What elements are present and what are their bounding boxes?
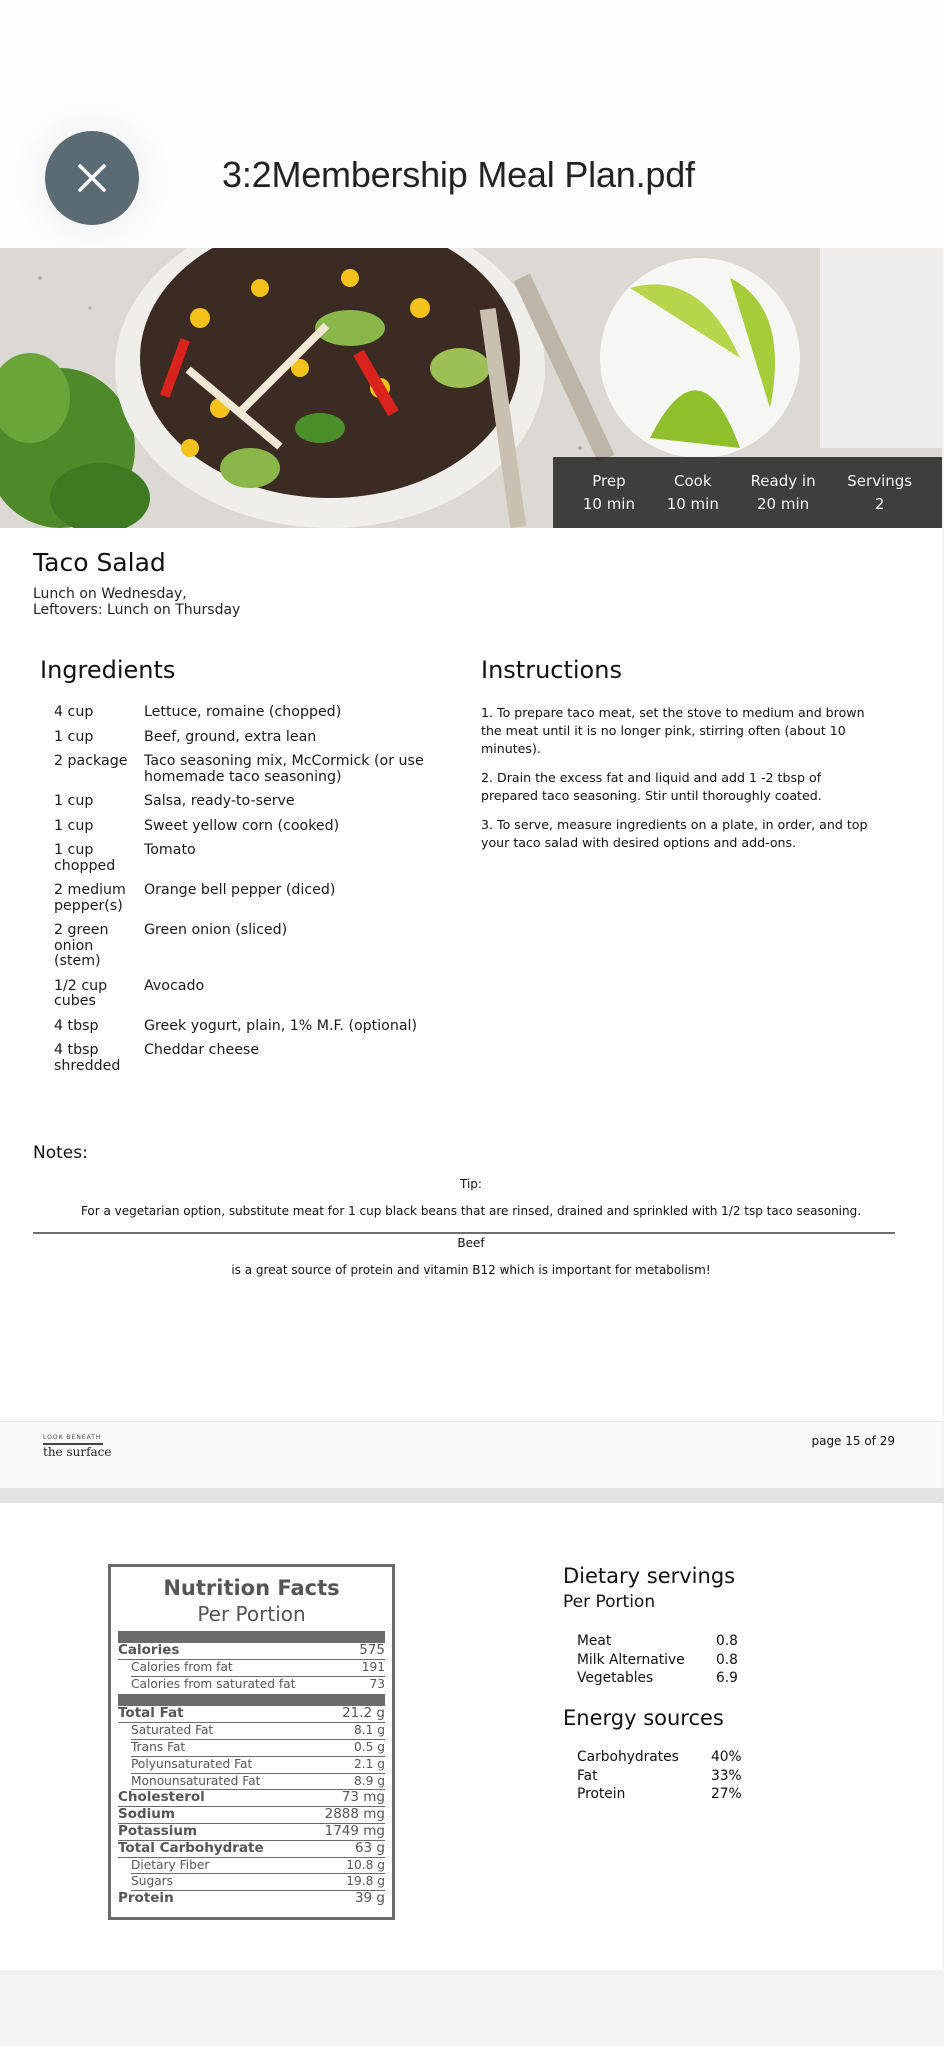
ingredients-heading: Ingredients <box>40 656 175 684</box>
nutrition-row: Saturated Fat8.1 g <box>131 1723 385 1740</box>
ingredient-row: 1 cupSweet yellow corn (cooked) <box>54 819 454 835</box>
nutrient-label: Total Carbohydrate <box>118 1841 264 1857</box>
nutrient-label: Calories from saturated fat <box>131 1677 295 1693</box>
ingredient-name: Sweet yellow corn (cooked) <box>144 819 454 835</box>
ingredient-quantity: 1 cup <box>54 819 144 835</box>
instruction-step: 2. Drain the excess fat and liquid and a… <box>481 769 881 805</box>
calories-section: Calories575Calories from fat191Calories … <box>118 1643 385 1692</box>
nutrient-value: 8.9 g <box>354 1774 385 1790</box>
nutrient-value: 191 <box>362 1660 385 1676</box>
ingredient-name: Greek yogurt, plain, 1% M.F. (optional) <box>144 1019 454 1035</box>
nutrient-label: Dietary Fiber <box>131 1858 209 1874</box>
dietary-servings-subheading: Per Portion <box>563 1592 655 1612</box>
instructions-heading: Instructions <box>481 656 622 684</box>
nutrient-value: 19.8 g <box>346 1874 385 1890</box>
nutrition-row: Calories575 <box>118 1643 385 1660</box>
dietary-servings-table: Meat0.8Milk Alternative0.8Vegetables6.9 <box>577 1632 738 1688</box>
dietary-servings-heading: Dietary servings <box>563 1564 735 1588</box>
nutrient-label: Potassium <box>118 1824 197 1840</box>
energy-sources-heading: Energy sources <box>563 1706 724 1730</box>
summary-value: 33% <box>711 1767 742 1786</box>
nutrient-label: Monounsaturated Fat <box>131 1774 260 1790</box>
nutrition-facts-panel: Nutrition Facts Per Portion Calories575C… <box>108 1564 395 1920</box>
ingredient-quantity: 4 tbsp shredded <box>54 1043 144 1074</box>
nutrient-value: 8.1 g <box>354 1723 385 1739</box>
ingredient-name: Beef, ground, extra lean <box>144 730 454 746</box>
summary-label: Protein <box>577 1785 711 1804</box>
notes-heading: Notes: <box>33 1143 88 1163</box>
nutrient-label: Sodium <box>118 1807 175 1823</box>
nutrition-row: Dietary Fiber10.8 g <box>131 1858 385 1875</box>
recipe-title: Taco Salad <box>33 548 166 577</box>
summary-row: Meat0.8 <box>577 1632 738 1651</box>
summary-label: Vegetables <box>577 1669 716 1688</box>
ingredient-name: Green onion (sliced) <box>144 923 454 970</box>
nutrition-facts-subtitle: Per Portion <box>118 1601 385 1627</box>
summary-row: Carbohydrates40% <box>577 1748 742 1767</box>
close-icon <box>75 161 109 195</box>
ingredient-quantity: 4 cup <box>54 705 144 721</box>
ingredient-row: 4 tbsp shreddedCheddar cheese <box>54 1043 454 1074</box>
nutrition-row: Total Fat21.2 g <box>118 1706 385 1723</box>
nutrition-row: Sugars19.8 g <box>131 1874 385 1891</box>
stat-cook: Cook 10 min <box>667 470 719 516</box>
ingredient-quantity: 4 tbsp <box>54 1019 144 1035</box>
ingredient-name: Taco seasoning mix, McCormick (or use ho… <box>144 754 454 785</box>
nutrient-label: Saturated Fat <box>131 1723 213 1739</box>
nutrient-value: 575 <box>359 1643 385 1659</box>
nutrition-row: Cholesterol73 mg <box>118 1790 385 1807</box>
pdf-page-16: Nutrition Facts Per Portion Calories575C… <box>0 1503 942 1970</box>
nutrient-value: 39 g <box>355 1891 385 1907</box>
summary-value: 6.9 <box>716 1669 738 1688</box>
ingredient-quantity: 1 cup <box>54 730 144 746</box>
nutrient-label: Calories <box>118 1643 179 1659</box>
beef-label: Beef <box>0 1236 942 1250</box>
beef-text: is a great source of protein and vitamin… <box>0 1263 942 1277</box>
stat-servings: Servings 2 <box>847 470 912 516</box>
nutrient-label: Total Fat <box>118 1706 184 1722</box>
summary-value: 0.8 <box>716 1651 738 1670</box>
summary-value: 27% <box>711 1785 742 1804</box>
ingredient-row: 2 green onion (stem)Green onion (sliced) <box>54 923 454 970</box>
ingredient-row: 1 cupBeef, ground, extra lean <box>54 730 454 746</box>
ingredient-name: Salsa, ready-to-serve <box>144 794 454 810</box>
summary-row: Milk Alternative0.8 <box>577 1651 738 1670</box>
summary-row: Protein27% <box>577 1785 742 1804</box>
summary-label: Milk Alternative <box>577 1651 716 1670</box>
summary-value: 0.8 <box>716 1632 738 1651</box>
ingredient-row: 1/2 cup cubesAvocado <box>54 979 454 1010</box>
nutrient-value: 73 mg <box>342 1790 385 1806</box>
stat-prep: Prep 10 min <box>583 470 635 516</box>
nutrient-label: Sugars <box>131 1874 173 1890</box>
page-indicator: page 15 of 29 <box>811 1434 895 1448</box>
summary-value: 40% <box>711 1748 742 1767</box>
nutrient-value: 63 g <box>355 1841 385 1857</box>
brand-logo: the surface <box>43 1445 112 1459</box>
nutrition-row: Calories from saturated fat73 <box>131 1677 385 1693</box>
tip-label: Tip: <box>0 1177 942 1191</box>
nutrition-facts-title: Nutrition Facts <box>118 1575 385 1601</box>
nutrient-value: 2.1 g <box>354 1757 385 1773</box>
ingredient-quantity: 1 cup chopped <box>54 843 144 874</box>
page-separator <box>0 1488 944 1503</box>
nutrition-row: Potassium1749 mg <box>118 1824 385 1841</box>
nutrient-value: 0.5 g <box>354 1740 385 1756</box>
stat-ready-in: Ready in 20 min <box>751 470 816 516</box>
brand-logo-tagline: LOOK BENEATH <box>43 1434 101 1441</box>
nutrient-label: Calories from fat <box>131 1660 233 1676</box>
ingredients-list: 4 cupLettuce, romaine (chopped)1 cupBeef… <box>54 705 454 1083</box>
ingredient-name: Avocado <box>144 979 454 1010</box>
ingredient-quantity: 1/2 cup cubes <box>54 979 144 1010</box>
document-title: 3:2Membership Meal Plan.pdf <box>222 154 695 196</box>
nutrition-row: Calories from fat191 <box>131 1660 385 1677</box>
ingredient-row: 4 cupLettuce, romaine (chopped) <box>54 705 454 721</box>
summary-row: Vegetables6.9 <box>577 1669 738 1688</box>
ingredient-row: 1 cupSalsa, ready-to-serve <box>54 794 454 810</box>
pdf-page-15: Prep 10 min Cook 10 min Ready in 20 min … <box>0 248 942 1488</box>
nutrient-label: Cholesterol <box>118 1790 205 1806</box>
summary-row: Fat33% <box>577 1767 742 1786</box>
viewer-header: 3:2Membership Meal Plan.pdf <box>0 0 944 248</box>
ingredient-quantity: 2 medium pepper(s) <box>54 883 144 914</box>
nutrition-row: Protein39 g <box>118 1891 385 1907</box>
nutrient-label: Trans Fat <box>131 1740 185 1756</box>
nutrient-label: Protein <box>118 1891 174 1907</box>
ingredient-name: Tomato <box>144 843 454 874</box>
nutrition-row: Trans Fat0.5 g <box>131 1740 385 1757</box>
nutrition-row: Total Carbohydrate63 g <box>118 1841 385 1858</box>
page-footer: LOOK BENEATH the surface page 15 of 29 <box>0 1421 942 1488</box>
close-button[interactable] <box>45 131 139 225</box>
nutrition-row: Polyunsaturated Fat2.1 g <box>131 1757 385 1774</box>
nutrient-value: 73 <box>369 1677 385 1693</box>
ingredient-row: 2 medium pepper(s)Orange bell pepper (di… <box>54 883 454 914</box>
summary-label: Fat <box>577 1767 711 1786</box>
ingredient-name: Cheddar cheese <box>144 1043 454 1074</box>
ingredient-name: Lettuce, romaine (chopped) <box>144 705 454 721</box>
instruction-step: 3. To serve, measure ingredients on a pl… <box>481 816 881 852</box>
nutrient-value: 1749 mg <box>325 1824 385 1840</box>
ingredient-quantity: 1 cup <box>54 794 144 810</box>
instructions-list: 1. To prepare taco meat, set the stove t… <box>481 704 881 863</box>
ingredient-name: Orange bell pepper (diced) <box>144 883 454 914</box>
energy-sources-table: Carbohydrates40%Fat33%Protein27% <box>577 1748 742 1804</box>
summary-label: Carbohydrates <box>577 1748 711 1767</box>
summary-label: Meat <box>577 1632 716 1651</box>
nutrient-value: 2888 mg <box>325 1807 385 1823</box>
divider <box>33 1232 895 1234</box>
viewer-background <box>0 1970 944 2046</box>
nutrition-row: Monounsaturated Fat8.9 g <box>131 1774 385 1791</box>
ingredient-quantity: 2 green onion (stem) <box>54 923 144 970</box>
ingredient-row: 2 packageTaco seasoning mix, McCormick (… <box>54 754 454 785</box>
nutrient-value: 10.8 g <box>346 1858 385 1874</box>
recipe-schedule: Lunch on Wednesday, Leftovers: Lunch on … <box>33 586 240 618</box>
ingredient-quantity: 2 package <box>54 754 144 785</box>
nutrients-section: Total Fat21.2 gSaturated Fat8.1 gTrans F… <box>118 1706 385 1907</box>
nutrition-row: Sodium2888 mg <box>118 1807 385 1824</box>
ingredient-row: 1 cup choppedTomato <box>54 843 454 874</box>
recipe-stats-overlay: Prep 10 min Cook 10 min Ready in 20 min … <box>553 457 942 528</box>
recipe-photo: Prep 10 min Cook 10 min Ready in 20 min … <box>0 248 942 528</box>
ingredient-row: 4 tbspGreek yogurt, plain, 1% M.F. (opti… <box>54 1019 454 1035</box>
instruction-step: 1. To prepare taco meat, set the stove t… <box>481 704 881 758</box>
nutrient-label: Polyunsaturated Fat <box>131 1757 252 1773</box>
tip-text: For a vegetarian option, substitute meat… <box>0 1204 942 1218</box>
nutrient-value: 21.2 g <box>342 1706 385 1722</box>
